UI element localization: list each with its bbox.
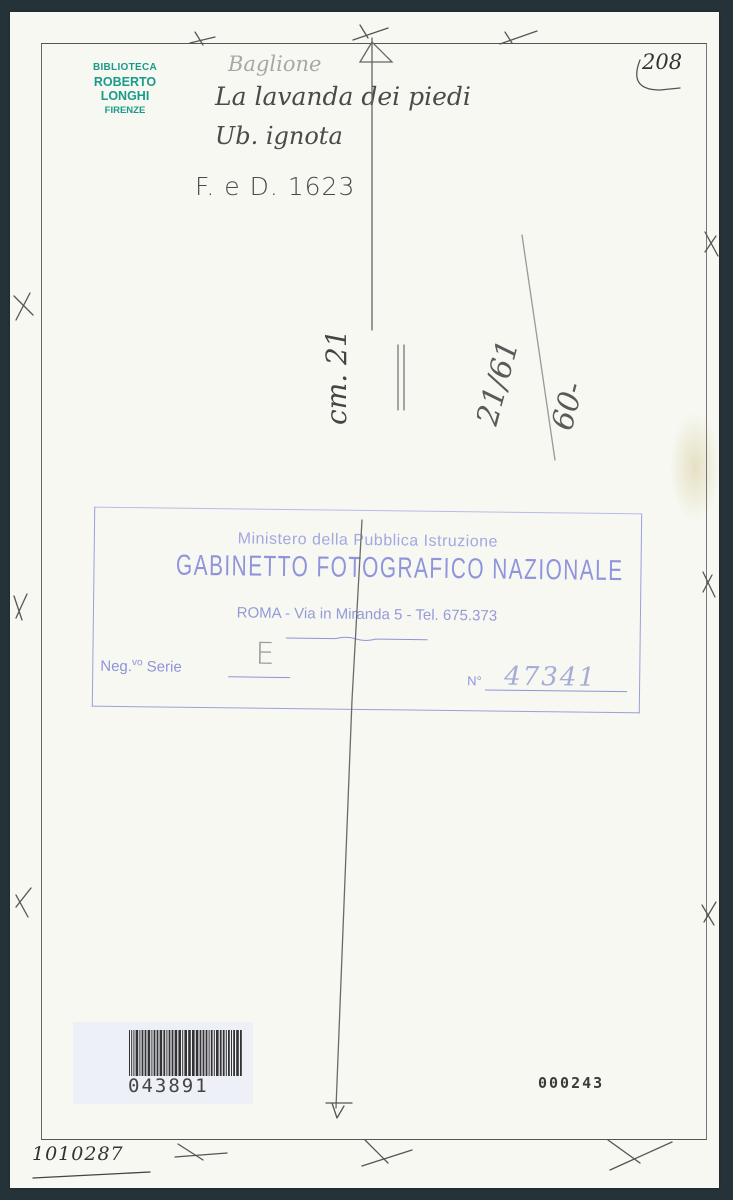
note-dimension: cm. 21 bbox=[320, 329, 353, 425]
barcode-label: 043891 bbox=[73, 1022, 253, 1104]
photo-agency-stamp: Ministero della Pubblica Istruzione GABI… bbox=[92, 507, 642, 714]
counter-stamp: 000243 bbox=[538, 1074, 604, 1092]
barcode-icon bbox=[129, 1030, 243, 1076]
library-stamp-line1: BIBLIOTECA bbox=[70, 62, 180, 73]
stamp-number-label: N° bbox=[467, 673, 482, 688]
note-collection-number: 208 bbox=[642, 50, 682, 74]
note-artist: Baglione bbox=[228, 52, 321, 76]
library-stamp-line3: FIRENZE bbox=[70, 105, 180, 116]
barcode-number: 043891 bbox=[128, 1075, 209, 1097]
note-signature-date: F. e D. 1623 bbox=[195, 172, 355, 201]
stamp-negative-series-label: Neg.vo Serie bbox=[100, 657, 182, 676]
note-inventory-number: 1010287 bbox=[32, 1143, 124, 1165]
stamp-series-value: E bbox=[255, 637, 274, 672]
library-stamp: BIBLIOTECA ROBERTO LONGHI FIRENZE bbox=[70, 62, 180, 116]
note-location: Ub. ignota bbox=[215, 122, 343, 150]
neg-label: Neg. bbox=[100, 658, 132, 675]
library-stamp-line2: ROBERTO LONGHI bbox=[70, 75, 180, 103]
note-title: La lavanda dei piedi bbox=[215, 82, 471, 111]
neg-sup: vo bbox=[132, 657, 143, 668]
stamp-institution: GABINETTO FOTOGRAFICO NAZIONALE bbox=[176, 550, 559, 588]
stamp-number-value: 47341 bbox=[504, 662, 597, 693]
serie-label: Serie bbox=[147, 658, 182, 675]
